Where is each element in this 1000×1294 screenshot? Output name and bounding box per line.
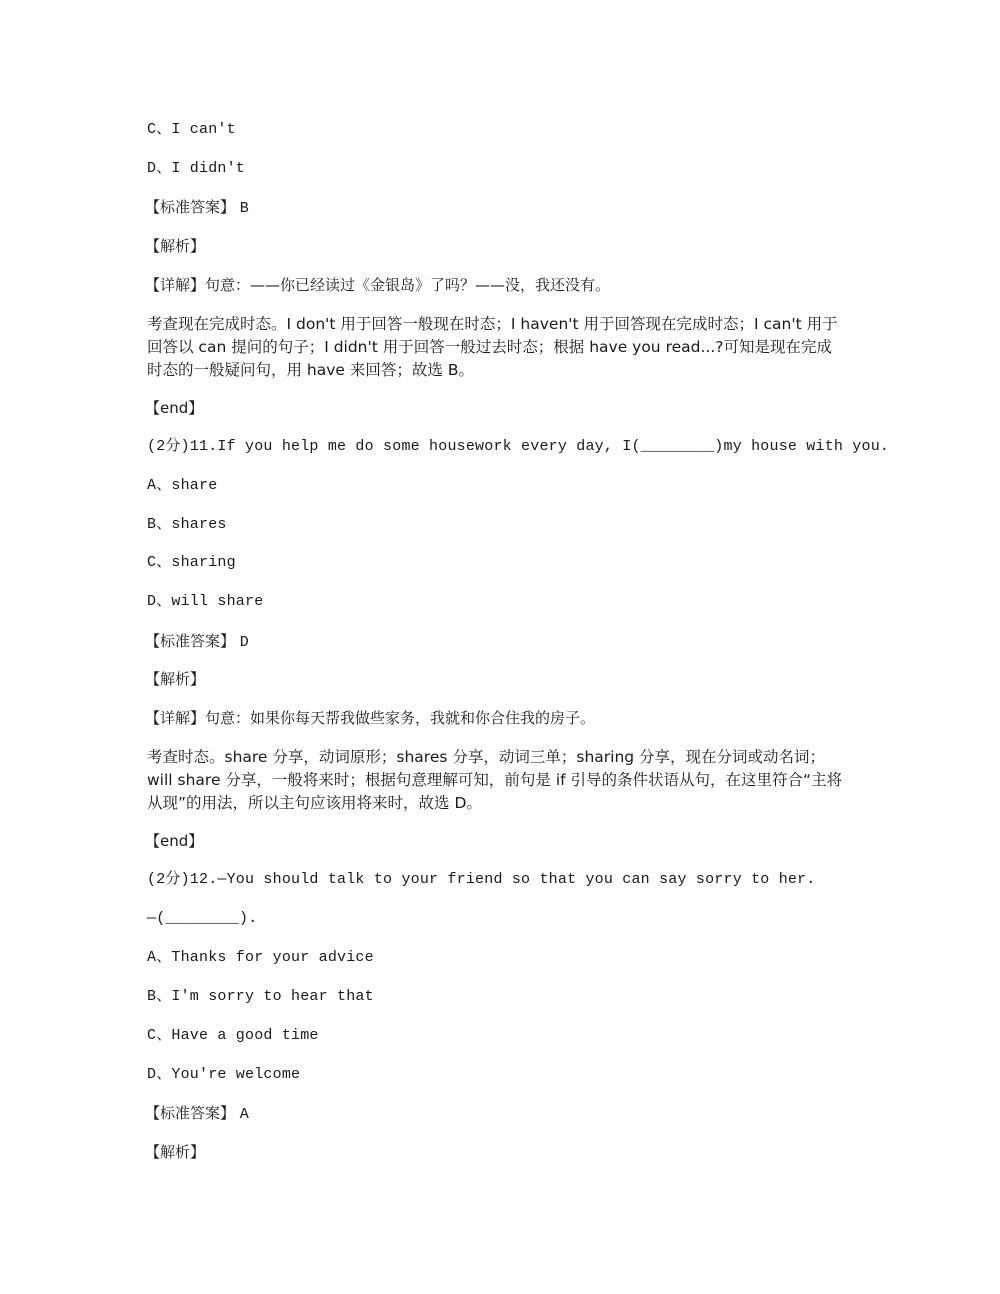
- answer-value: B: [240, 200, 249, 217]
- q10-option-d: D、I didn't: [147, 159, 245, 179]
- answer-value: A: [240, 1106, 249, 1123]
- q12-option-b: B、I'm sorry to hear that: [147, 987, 374, 1007]
- q10-end-marker: 【end】: [145, 398, 203, 418]
- q11-stem: (2分)11.If you help me do some housework …: [147, 437, 889, 457]
- q10-detail: 【详解】句意：——你已经读过《金银岛》了吗？——没，我还没有。: [145, 275, 610, 295]
- q10-explanation: 考查现在完成时态。I don't 用于回答一般现在时态；I haven't 用于…: [147, 313, 847, 382]
- q12-analysis-label: 【解析】: [145, 1142, 205, 1162]
- q12-option-c: C、Have a good time: [147, 1026, 319, 1046]
- answer-label: 【标准答案】: [145, 1104, 235, 1122]
- q11-end-marker: 【end】: [145, 831, 203, 851]
- q11-detail: 【详解】句意：如果你每天帮我做些家务，我就和你合住我的房子。: [145, 708, 595, 728]
- q12-option-d: D、You're welcome: [147, 1065, 300, 1085]
- answer-label: 【标准答案】: [145, 198, 235, 216]
- answer-label: 【标准答案】: [145, 632, 235, 650]
- q10-analysis-label: 【解析】: [145, 236, 205, 256]
- q11-option-d: D、will share: [147, 592, 263, 612]
- answer-value: D: [240, 634, 249, 651]
- q10-option-c: C、I can't: [147, 120, 236, 140]
- q11-analysis-label: 【解析】: [145, 669, 205, 689]
- q11-option-b: B、shares: [147, 515, 227, 535]
- q12-stem: (2分)12.—You should talk to your friend s…: [147, 870, 816, 890]
- q12-option-a: A、Thanks for your advice: [147, 948, 374, 968]
- q10-answer: 【标准答案】 B: [147, 197, 249, 219]
- q12-answer: 【标准答案】 A: [147, 1103, 249, 1125]
- q11-option-c: C、sharing: [147, 553, 236, 573]
- q11-option-a: A、share: [147, 476, 217, 496]
- q12-response-blank: —(________).: [147, 909, 257, 929]
- q11-answer: 【标准答案】 D: [147, 631, 249, 653]
- q11-explanation: 考查时态。share 分享，动词原形；shares 分享，动词三单；sharin…: [147, 746, 847, 815]
